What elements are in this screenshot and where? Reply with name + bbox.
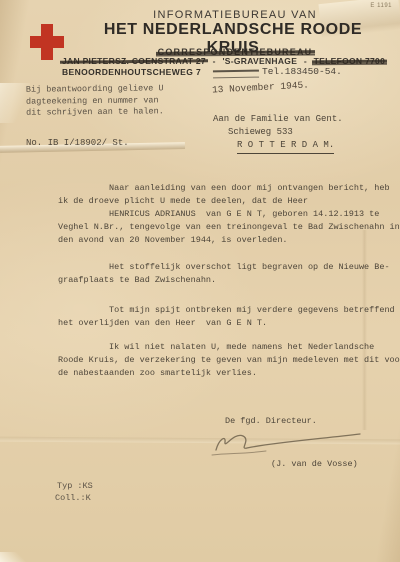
body-paragraph-3: Tot mijn spijt ontbreken mij verdere geg… <box>58 304 395 330</box>
address-dash: - <box>213 56 216 66</box>
body-line: het overlijden van den Heer van G E N T. <box>58 317 395 330</box>
body-line: Ik wil niet nalaten U, mede namens het N… <box>58 341 400 354</box>
body-line: Naar aanleiding van een door mij ontvang… <box>58 182 400 195</box>
recipient-line1: Aan de Familie van Gent. <box>213 113 343 126</box>
letterhead-new-street: BENOORDENHOUTSCHEWEG 7 <box>62 67 201 77</box>
letterhead-new-phone: Tel.183450-54. <box>262 65 342 78</box>
reference-note: Bij beantwoording gelieve U dagteekening… <box>26 83 164 119</box>
old-street-struck: JAN PIETERSZ. COENSTRAAT 27 <box>62 56 206 66</box>
paper-corner <box>0 552 26 562</box>
body-paragraph-2: Het stoffelijk overschot ligt begraven o… <box>58 261 390 287</box>
body-line: Het stoffelijk overschot ligt begraven o… <box>58 261 390 274</box>
body-line: Tot mijn spijt ontbreken mij verdere geg… <box>58 304 395 317</box>
reference-note-line: dit schrijven aan te halen. <box>26 106 164 119</box>
signature-name: (J. van de Vosse) <box>271 458 358 471</box>
body-line: HENRICUS ADRIANUS van G E N T, geboren 1… <box>58 208 400 221</box>
body-line: Roode Kruis, de verzekering te geven van… <box>58 354 400 367</box>
letter-scan: E 1191 INFORMATIEBUREAU VAN HET NEDERLAN… <box>0 0 400 562</box>
paper-crease <box>362 230 367 430</box>
body-line: Veghel N.Br., tengevolge van een treinon… <box>58 221 400 234</box>
letter-date: 13 November 1945. <box>212 78 309 96</box>
reference-number: No. IB I/18902/ St. <box>26 137 129 150</box>
collation-mark: Coll.:K <box>55 492 91 505</box>
recipient-city: R O T T E R D A M. <box>237 139 334 154</box>
reference-note-line: Bij beantwoording gelieve U <box>26 83 164 96</box>
body-line: graafplaats te Bad Zwischenahn. <box>58 274 390 287</box>
closing-line: De fgd. Directeur. <box>225 415 317 428</box>
handwritten-signature <box>210 429 368 459</box>
strike-marks <box>213 70 259 79</box>
recipient-line2: Schieweg 533 <box>228 126 293 139</box>
body-paragraph-4: Ik wil niet nalaten U, mede namens het N… <box>58 341 400 380</box>
body-line: den avond van 20 November 1944, is overl… <box>58 234 400 247</box>
red-cross-horizontal-bar <box>30 36 64 48</box>
body-paragraph-1: Naar aanleiding van een door mij ontvang… <box>58 182 400 247</box>
body-line: ik de droeve plicht U mede te deelen, da… <box>58 195 400 208</box>
letterhead-bureau-line: INFORMATIEBUREAU VAN <box>85 9 385 21</box>
body-line: de nabestaanden zoo smartelijk verlies. <box>58 367 400 380</box>
red-cross-emblem <box>30 24 64 60</box>
